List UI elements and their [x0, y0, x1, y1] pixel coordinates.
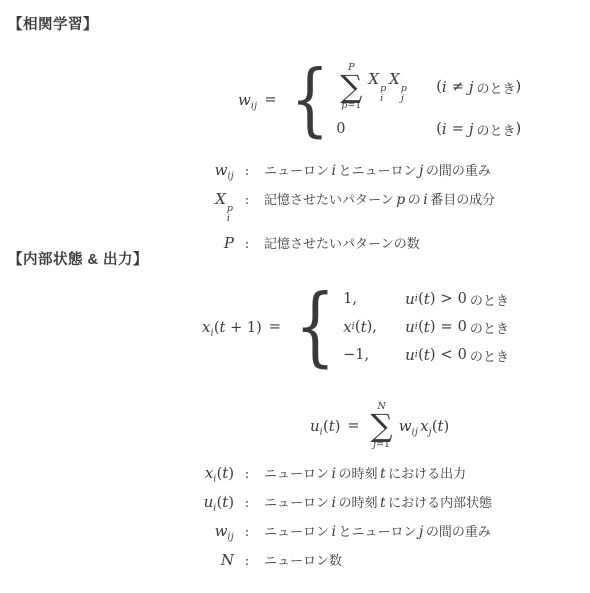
math-token: ) — [444, 419, 450, 435]
math-token: ) — [430, 347, 436, 363]
math-token: u — [405, 346, 415, 364]
sigma-sum: P ∑ p=1 — [340, 62, 362, 111]
math-token: p — [396, 192, 405, 208]
desc-text: ニューロン数 — [264, 553, 342, 568]
definition-symbol: xi(t) — [152, 464, 234, 483]
math-token: X — [389, 70, 400, 88]
condition-text: のとき — [470, 290, 509, 309]
math-token: 0 — [336, 121, 345, 137]
math-token: =1 — [376, 439, 390, 450]
math-token: j — [469, 78, 474, 96]
math-token: + 1) — [226, 320, 262, 336]
math-token: =1 — [347, 100, 361, 111]
case-row: 1, ui(t)>0のとき — [343, 285, 509, 313]
case-row: P ∑ p=1 Xpi Xpj (i≠jのとき) — [336, 60, 521, 114]
math-token: 0 — [458, 347, 467, 363]
desc-text: ニューロン — [264, 163, 329, 178]
definition-colon: : — [240, 467, 254, 482]
definition-description: 記憶させたいパターンpのi番目の成分 — [260, 189, 495, 208]
math-token: x — [420, 417, 428, 435]
math-subscript: i — [380, 94, 383, 104]
math-subscript: ij — [251, 100, 258, 111]
supsub-stack: pi — [227, 204, 233, 224]
case-value: 1, — [343, 291, 405, 307]
math-token: x — [205, 464, 213, 482]
math-token: x — [343, 318, 351, 336]
case-condition: (i=jのとき) — [436, 120, 521, 139]
definition-symbol: N — [152, 551, 234, 570]
math-token: ) — [516, 121, 522, 137]
sum-lower-limit: j=1 — [373, 440, 390, 450]
sigma-sum: N ∑ j=1 — [371, 401, 393, 450]
condition-text: のとき — [477, 78, 516, 97]
case-condition: ui(t)<0のとき — [405, 346, 509, 365]
case-row: −1, ui(t)<0のとき — [343, 341, 509, 369]
math-token: i — [332, 495, 336, 511]
definition-colon: : — [240, 237, 254, 252]
case-row: xi(t), ui(t)=0のとき — [343, 313, 509, 341]
definition-colon: : — [240, 193, 254, 208]
desc-text: の間の重み — [426, 163, 491, 178]
sigma-icon: ∑ — [371, 413, 393, 439]
math-subscript: j — [401, 94, 404, 104]
desc-text: とニューロン — [339, 163, 417, 178]
definition-description: ニューロンiとニューロンjの間の重み — [260, 160, 495, 179]
desc-text: における出力 — [388, 466, 466, 481]
desc-text: ニューロン — [264, 466, 329, 481]
definition-symbol: Xpi — [152, 190, 234, 224]
math-token: w — [399, 417, 412, 435]
math-operator: ≠ — [452, 79, 464, 95]
desc-text: 記憶させたいパターンの数 — [264, 236, 420, 251]
section-title-state-output: 【内部状態 & 出力】 — [8, 248, 148, 269]
case-condition: ui(t)=0のとき — [405, 318, 509, 337]
section-title-correlation: 【相関学習】 — [8, 13, 98, 34]
desc-text: の間の重み — [426, 524, 491, 539]
case-value: −1, — [343, 347, 405, 363]
math-token: P — [224, 234, 234, 252]
formula-lhs: wij — [238, 91, 257, 110]
definition-colon: : — [240, 525, 254, 540]
math-term: Xpi — [368, 70, 387, 104]
math-operator: = — [452, 121, 464, 137]
math-token: j — [469, 120, 474, 138]
math-token: w — [215, 161, 228, 179]
math-token: 1, — [343, 291, 357, 307]
cases-block: P ∑ p=1 Xpi Xpj (i≠jのとき) 0 (i=jのとき) — [336, 60, 521, 140]
definition-description: ニューロンiの時刻tにおける出力 — [260, 463, 492, 482]
definition-description: ニューロン数 — [260, 550, 492, 569]
supsub-stack: pi — [380, 84, 386, 104]
math-token: t — [380, 495, 386, 511]
math-token: ) — [516, 79, 522, 95]
math-subscript: i — [227, 214, 230, 224]
equals-sign: = — [347, 418, 359, 434]
case-value: xi(t), — [343, 318, 405, 336]
condition-text: のとき — [477, 120, 516, 139]
condition-text: のとき — [470, 346, 509, 365]
math-token: ) — [430, 319, 436, 335]
desc-text: ニューロン — [264, 524, 329, 539]
math-token: u — [310, 417, 320, 435]
definition-colon: : — [240, 496, 254, 511]
math-token: ) — [228, 495, 234, 511]
definition-colon: : — [240, 164, 254, 179]
sigma-icon: ∑ — [340, 74, 362, 100]
math-token: X — [368, 70, 379, 88]
desc-text: における内部状態 — [388, 495, 492, 510]
definition-symbol: wij — [152, 522, 234, 541]
math-token: 0 — [458, 319, 467, 335]
formula-weight: wij = { P ∑ p=1 Xpi Xpj (i≠jのとき) 0 (i=jの… — [238, 58, 521, 142]
math-token: i — [332, 524, 336, 540]
math-subscript: ij — [227, 170, 234, 181]
desc-text: 番目の成分 — [430, 192, 495, 207]
math-token: −1, — [343, 347, 369, 363]
math-operator: = — [440, 319, 452, 335]
cases-block: 1, ui(t)>0のとき xi(t), ui(t)=0のとき −1, ui(t… — [343, 285, 509, 369]
desc-text: の時刻 — [339, 466, 378, 481]
math-token: ) — [335, 419, 341, 435]
math-operator: < — [440, 347, 452, 363]
math-token: 0 — [458, 291, 467, 307]
case-value: 0 — [336, 121, 436, 137]
math-token: u — [204, 493, 214, 511]
math-term: Xpj — [389, 70, 408, 104]
math-token: w — [215, 522, 228, 540]
math-token: N — [221, 551, 234, 569]
math-token: i — [423, 192, 427, 208]
definition-symbol: ui(t) — [152, 493, 234, 512]
desc-text: の — [408, 192, 421, 207]
case-row: 0 (i=jのとき) — [336, 118, 521, 140]
math-token: ), — [367, 319, 377, 335]
equals-sign: = — [269, 319, 281, 335]
definition-symbol: P — [152, 234, 234, 253]
desc-text: 記憶させたいパターン — [264, 192, 394, 207]
left-brace-delimiter: { — [295, 293, 336, 362]
math-token: i — [442, 120, 447, 138]
sum-lower-limit: p=1 — [341, 101, 361, 111]
math-token: w — [238, 91, 251, 109]
definition-symbol: wij — [152, 161, 234, 180]
math-token: t — [380, 466, 386, 482]
left-brace-delimiter: { — [290, 68, 329, 132]
definition-description: ニューロンiの時刻tにおける内部状態 — [260, 492, 492, 511]
document-page: { "page": {"background": "#ffffff", "tex… — [0, 0, 590, 593]
math-token: j — [419, 524, 423, 540]
supsub-stack: pj — [401, 84, 407, 104]
case-condition: (i≠jのとき) — [436, 78, 521, 97]
math-token: ) — [430, 291, 436, 307]
definition-description: ニューロンiとニューロンjの間の重み — [260, 521, 492, 540]
math-term: xj(t) — [420, 417, 449, 436]
desc-text: とニューロン — [339, 524, 417, 539]
math-token: i — [332, 163, 336, 179]
definition-colon: : — [240, 554, 254, 569]
math-token: ) — [228, 466, 234, 482]
definition-list-state-output: xi(t) : ニューロンiの時刻tにおける出力 ui(t) : ニューロンiの… — [152, 463, 492, 570]
math-subscript: ij — [412, 426, 419, 437]
definition-description: 記憶させたいパターンの数 — [260, 233, 495, 252]
desc-text: ニューロン — [264, 495, 329, 510]
math-token: X — [215, 190, 226, 208]
formula-state: ui(t) = N ∑ j=1 wij xj(t) — [310, 396, 449, 456]
definition-list-correlation: wij : ニューロンiとニューロンjの間の重み Xpi : 記憶させたいパター… — [152, 160, 495, 253]
desc-text: の時刻 — [339, 495, 378, 510]
math-operator: > — [440, 291, 452, 307]
formula-lhs: xi(t + 1) — [202, 318, 262, 337]
case-condition: ui(t)>0のとき — [405, 290, 509, 309]
formula-lhs: ui(t) — [310, 417, 340, 436]
math-token: j — [419, 163, 423, 179]
formula-output: xi(t + 1) = { 1, ui(t)>0のとき xi(t), ui(t)… — [202, 282, 509, 372]
math-token: u — [405, 290, 415, 308]
equals-sign: = — [264, 92, 276, 108]
math-token: i — [332, 466, 336, 482]
case-value: P ∑ p=1 Xpi Xpj — [336, 62, 436, 111]
math-subscript: ij — [227, 531, 234, 542]
math-token: u — [405, 318, 415, 336]
condition-text: のとき — [470, 318, 509, 337]
math-term: wij — [399, 417, 418, 436]
math-token: i — [442, 78, 447, 96]
